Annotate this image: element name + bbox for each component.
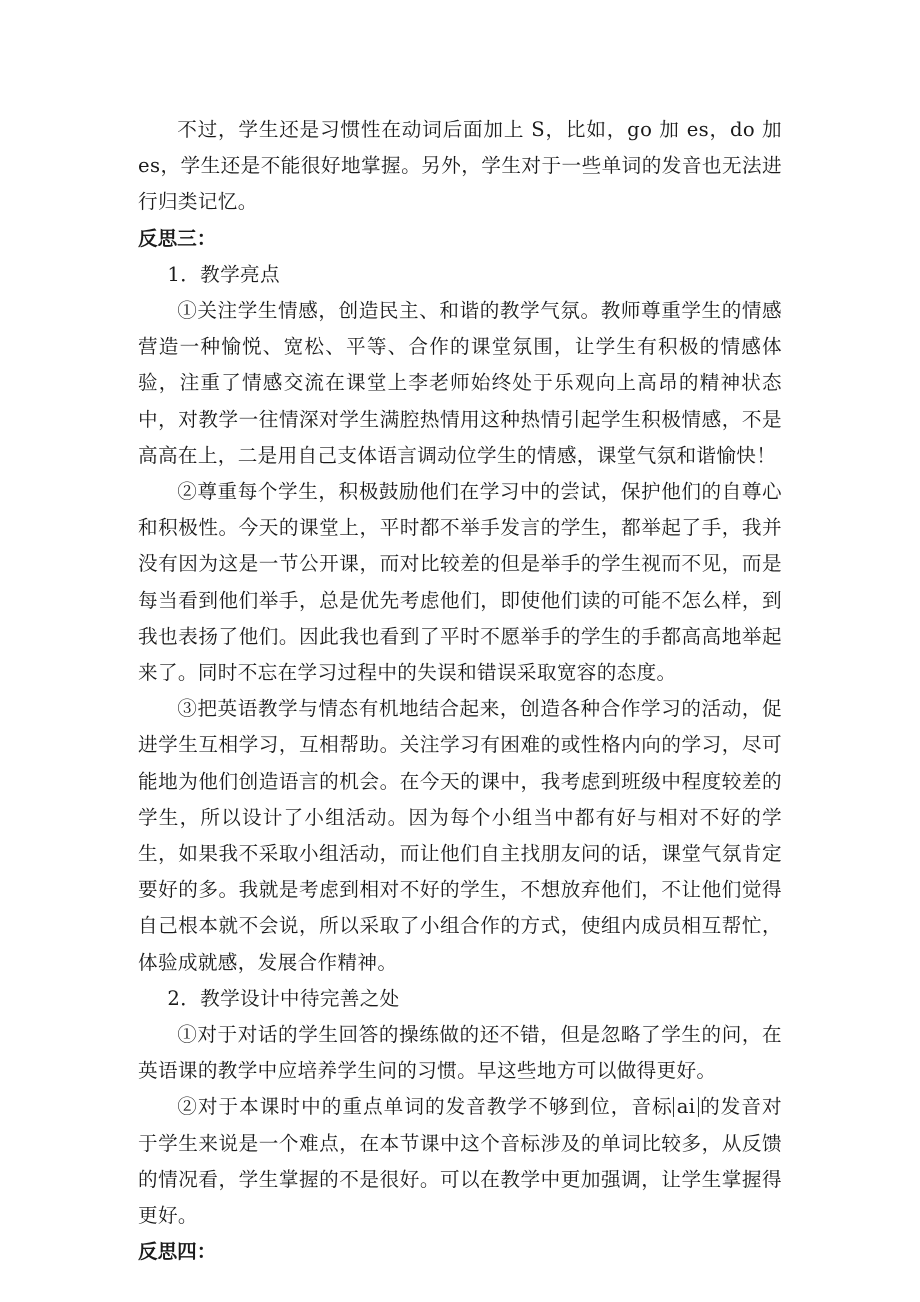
phonetic-symbol: ai (673, 1097, 700, 1117)
paragraph-point-1-3: ③把英语教学与情态有机地结合起来，创造各种合作学习的活动，促进学生互相学习，互相… (138, 691, 782, 981)
section-title-highlights: 1．教学亮点 (138, 257, 782, 293)
section-title-improvements: 2．教学设计中待完善之处 (138, 981, 782, 1017)
paragraph-point-2-1: ①对于对话的学生回答的操练做的还不错，但是忽略了学生的问，在英语课的教学中应培养… (138, 1017, 782, 1089)
paragraph-point-2-2: ②对于本课时中的重点单词的发音教学不够到位，音标ai的发音对于学生来说是一个难点… (138, 1089, 782, 1234)
paragraph-intro: 不过，学生还是习惯性在动词后面加上 S，比如，go 加 es，do 加 es，学… (138, 112, 782, 221)
point-2-2-text-before: ②对于本课时中的重点单词的发音教学不够到位，音标 (177, 1095, 673, 1118)
heading-reflection-4: 反思四： (138, 1234, 782, 1270)
paragraph-point-1-2: ②尊重每个学生，积极鼓励他们在学习中的尝试，保护他们的自尊心和积极性。今天的课堂… (138, 474, 782, 691)
document-page: 不过，学生还是习惯性在动词后面加上 S，比如，go 加 es，do 加 es，学… (138, 112, 782, 1271)
heading-reflection-3: 反思三： (138, 221, 782, 257)
paragraph-point-1-1: ①关注学生情感，创造民主、和谐的教学气氛。教师尊重学生的情感营造一种愉悦、宽松、… (138, 293, 782, 474)
